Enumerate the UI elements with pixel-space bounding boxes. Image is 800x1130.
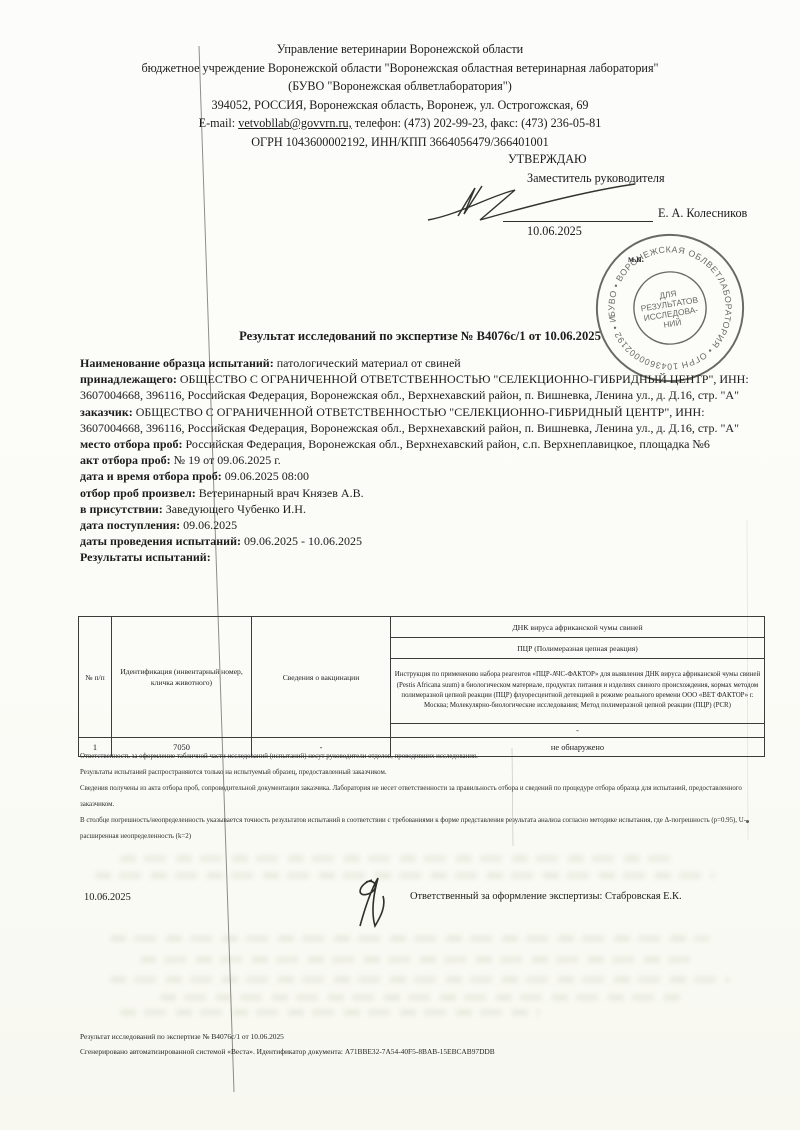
detail-text: Заведующего Чубенко И.Н. <box>163 502 306 516</box>
detail-text: 09.06.2025 <box>180 518 237 532</box>
bleed-smudge <box>110 976 730 983</box>
email-link: vetvobllab@govvrn.ru, <box>238 116 351 130</box>
document-title: Результат исследований по экспертизе № В… <box>80 329 760 344</box>
detail-line: Наименование образца испытаний: патологи… <box>80 355 764 371</box>
sub-header-dash: - <box>391 724 765 738</box>
detail-label: Наименование образца испытаний: <box>80 356 274 370</box>
detail-line: отбор проб произвел: Ветеринарный врач К… <box>80 485 764 501</box>
letterhead: Управление ветеринарии Воронежской облас… <box>60 40 740 151</box>
detail-line: заказчик: ОБЩЕСТВО С ОГРАНИЧЕННОЙ ОТВЕТС… <box>80 404 764 436</box>
footer-generated-by: Сгенерировано автоматизированной системо… <box>80 1045 770 1060</box>
detail-line: даты проведения испытаний: 09.06.2025 - … <box>80 533 764 549</box>
bleed-smudge <box>120 1009 540 1016</box>
org-contacts: E-mail: vetvobllab@govvrn.ru, телефон: (… <box>60 114 740 133</box>
test-method-instruction: Инструкция по применению набора реагенто… <box>391 659 765 724</box>
org-address: 394052, РОССИЯ, Воронежская область, Вор… <box>60 96 740 115</box>
approval-date: 10.06.2025 <box>527 224 582 239</box>
detail-label: место отбора проб: <box>80 437 183 451</box>
bleed-smudge <box>160 994 680 1001</box>
responsible-signature <box>348 874 396 930</box>
org-name: бюджетное учреждение Воронежской области… <box>60 59 740 78</box>
detail-line: акт отбора проб: № 19 от 09.06.2025 г. <box>80 452 764 468</box>
detail-line: место отбора проб: Российская Федерация,… <box>80 436 764 452</box>
detail-line: дата поступления: 09.06.2025 <box>80 517 764 533</box>
detail-text: 09.06.2025 - 10.06.2025 <box>241 534 362 548</box>
results-table: № п/п Идентификация (инвентарный номер, … <box>78 616 765 757</box>
footnotes: Ответственность за оформление табличной … <box>80 749 766 845</box>
document-footer: Результат исследований по экспертизе № В… <box>80 1030 770 1059</box>
org-short-name: (БУВО "Воронежская облветлаборатория") <box>60 77 740 96</box>
stamp-place-mark: м.п. <box>628 254 644 264</box>
responsible-person: Ответственный за оформление экспертизы: … <box>410 891 770 902</box>
detail-line: принадлежащего: ОБЩЕСТВО С ОГРАНИЧЕННОЙ … <box>80 371 764 403</box>
detail-label: акт отбора проб: <box>80 453 171 467</box>
detail-label: принадлежащего: <box>80 372 177 386</box>
detail-label: заказчик: <box>80 405 133 419</box>
detail-line: в присутствии: Заведующего Чубенко И.Н. <box>80 501 764 517</box>
phone-fax: телефон: (473) 202-99-23, факс: (473) 23… <box>355 116 602 130</box>
org-ogrn-inn: ОГРН 1043600002192, ИНН/КПП 3664056479/3… <box>60 133 740 152</box>
detail-line: дата и время отбора проб: 09.06.2025 08:… <box>80 468 764 484</box>
email-label: E-mail: <box>199 116 236 130</box>
detail-label: даты проведения испытаний: <box>80 534 241 548</box>
detail-line: Результаты испытаний: <box>80 549 764 565</box>
detail-label: Результаты испытаний: <box>80 550 211 564</box>
scanned-document-page: Управление ветеринарии Воронежской облас… <box>0 0 800 1130</box>
sample-details: Наименование образца испытаний: патологи… <box>80 355 764 566</box>
detail-text: ОБЩЕСТВО С ОГРАНИЧЕННОЙ ОТВЕТСТВЕННОСТЬЮ… <box>80 405 739 435</box>
test-group-header: ДНК вируса африканской чумы свиней <box>391 617 765 638</box>
approver-signature <box>420 180 655 225</box>
bleed-smudge <box>110 935 710 942</box>
test-method-header: ПЦР (Полимеразная цепная реакция) <box>391 638 765 659</box>
org-authority: Управление ветеринарии Воронежской облас… <box>60 40 740 59</box>
detail-text: 09.06.2025 08:00 <box>222 469 309 483</box>
footnote-line: Сведения получены из акта отбора проб, с… <box>80 781 766 813</box>
footnote-line: В столбце погрешность/неопределенность у… <box>80 813 766 845</box>
bleed-smudge <box>95 872 715 879</box>
col-header-vaccination: Сведения о вакцинации <box>252 617 391 738</box>
col-header-identification: Идентификация (инвентарный номер, кличка… <box>112 617 252 738</box>
table-header-row-1: № п/п Идентификация (инвентарный номер, … <box>79 617 765 638</box>
footnote-line: Ответственность за оформление табличной … <box>80 749 766 765</box>
detail-text: ОБЩЕСТВО С ОГРАНИЧЕННОЙ ОТВЕТСТВЕННОСТЬЮ… <box>80 372 749 402</box>
footer-expertise-ref: Результат исследований по экспертизе № В… <box>80 1030 770 1045</box>
detail-label: дата поступления: <box>80 518 180 532</box>
approve-word: УТВЕРЖДАЮ <box>508 152 587 167</box>
col-header-num: № п/п <box>79 617 112 738</box>
detail-label: дата и время отбора проб: <box>80 469 222 483</box>
detail-text: Российская Федерация, Воронежская обл., … <box>183 437 710 451</box>
bleed-smudge <box>140 956 700 963</box>
signature-line <box>503 221 653 222</box>
detail-text: патологический материал от свиней <box>274 356 461 370</box>
detail-label: отбор проб произвел: <box>80 486 196 500</box>
signoff-date: 10.06.2025 <box>84 892 131 903</box>
detail-label: в присутствии: <box>80 502 163 516</box>
detail-text: Ветеринарный врач Князев А.В. <box>196 486 364 500</box>
bleed-smudge <box>120 855 680 862</box>
footnote-line: Результаты испытаний распространяются то… <box>80 765 766 781</box>
detail-text: № 19 от 09.06.2025 г. <box>171 453 281 467</box>
